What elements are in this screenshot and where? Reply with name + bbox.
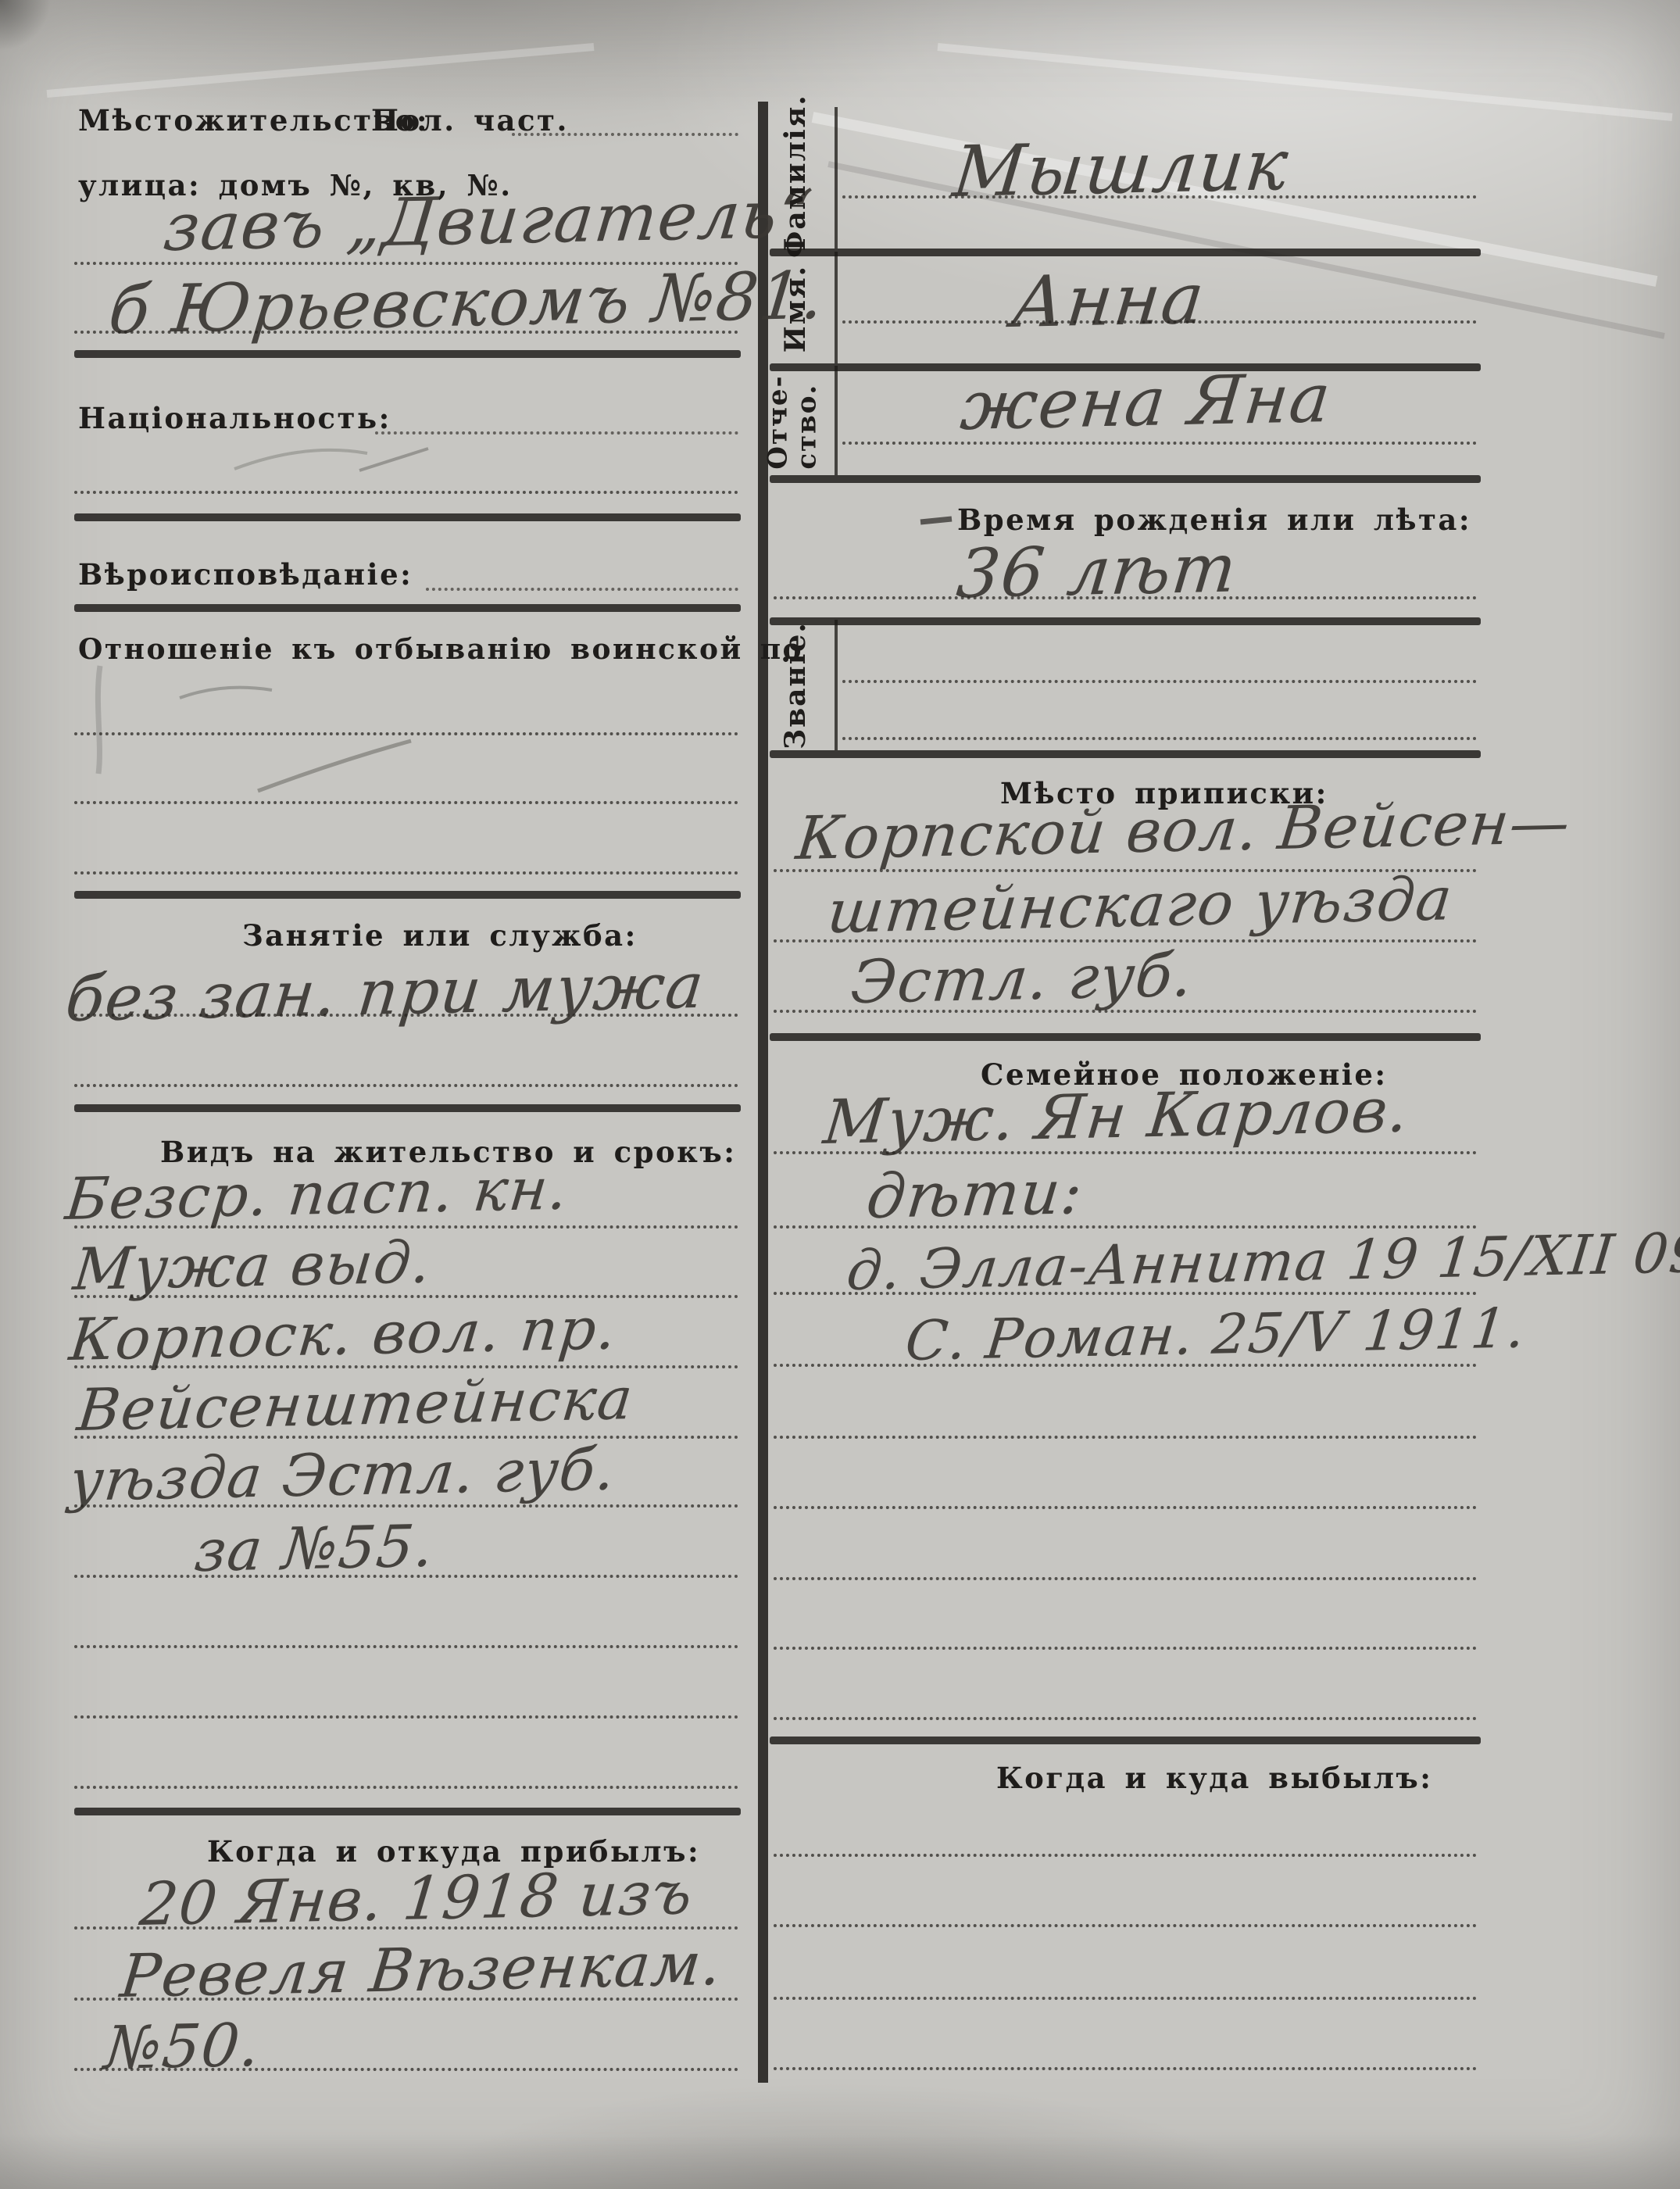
pencil-stroke: [180, 688, 272, 698]
section-divider-line: [770, 750, 1481, 758]
nationality-label: Національность:: [78, 401, 391, 435]
ruled-line: [74, 1998, 738, 2001]
section-divider-line: [770, 249, 1481, 256]
permit-handwriting-3: Корпоск. вол. пр.: [66, 1295, 620, 1374]
permit-handwriting-5: уѣзда Эстл. губ.: [66, 1436, 619, 1515]
ruled-line: [774, 1151, 1477, 1154]
section-divider-line: [74, 1104, 741, 1112]
ruled-line: [74, 801, 738, 804]
label-strip-line: [835, 620, 838, 750]
surname-handwriting: Мышлик: [949, 124, 1292, 213]
ruled-line: [74, 331, 738, 334]
ruled-line: [74, 871, 738, 875]
name-label: Имя.: [779, 265, 812, 352]
ruled-line: [74, 1786, 738, 1789]
ruled-line: [74, 1084, 738, 1087]
rank-label: Званіе.: [779, 621, 812, 749]
birth-handwriting: 36 лѣт: [953, 529, 1241, 613]
ruled-line: [774, 596, 1477, 599]
ruled-line: [74, 1926, 738, 1930]
label-strip-line: [835, 252, 838, 363]
section-divider-line: [770, 475, 1481, 483]
ruled-line: [774, 1292, 1477, 1295]
ruled-line: [74, 1295, 738, 1298]
label-strip-line: [835, 366, 838, 475]
ruled-line: [774, 1647, 1477, 1650]
ruled-line: [74, 1225, 738, 1229]
ruled-line: [774, 2067, 1477, 2070]
ruled-line: [774, 1717, 1477, 1720]
section-divider-line: [74, 350, 741, 358]
patronymic-handwriting: жена Яна: [957, 359, 1335, 445]
military-service-label: Отношеніе къ отбыванію воинской по: [78, 633, 803, 666]
dotted-filler: [426, 588, 738, 591]
registration-handwriting-1: Корпской вол. Вейсен—: [793, 787, 1574, 873]
section-divider-line: [770, 1033, 1481, 1041]
family-handwriting-2: дѣти:: [863, 1157, 1086, 1232]
ruled-line: [774, 1854, 1477, 1857]
permit-handwriting-4: Вейсенштейнска: [74, 1365, 637, 1444]
arrival-handwriting-3: №50.: [102, 2010, 264, 2083]
dotted-filler: [512, 133, 738, 136]
section-divider-line: [770, 1737, 1481, 1744]
pencil-stroke: [359, 449, 428, 470]
ruled-line: [74, 491, 738, 494]
pencil-stroke: [258, 741, 411, 791]
ruled-line: [774, 1364, 1477, 1367]
ruled-line: [774, 1010, 1477, 1013]
section-divider-line: [74, 604, 741, 612]
section-divider-line: [74, 891, 741, 899]
patronymic-label-line2: ство.: [792, 374, 821, 469]
patronymic-label-line1: Отче-: [763, 374, 792, 469]
registration-handwriting-3: Эстл. губ.: [848, 940, 1196, 1017]
label-strip-line: [835, 107, 838, 249]
ruled-line: [74, 1715, 738, 1719]
occupation-label: Занятіе или служба:: [242, 918, 638, 953]
ruled-line: [74, 1365, 738, 1368]
ruled-line: [74, 1436, 738, 1439]
section-divider-line: [770, 617, 1481, 625]
religion-label: Вѣроисповѣданіе:: [78, 557, 413, 592]
family-handwriting-3: д. Элла-Аннита 19 15/XII 09: [844, 1221, 1680, 1303]
registration-handwriting-2: штейнскаго уѣзда: [824, 864, 1457, 946]
ruled-line: [74, 1645, 738, 1648]
departure-label: Когда и куда выбылъ:: [996, 1761, 1432, 1795]
ruled-line: [74, 1575, 738, 1578]
permit-handwriting-1: Безср. пасп. кн.: [63, 1155, 571, 1233]
section-divider-line: [74, 513, 741, 521]
occupation-handwriting: без зан. при мужа: [63, 950, 708, 1035]
ruled-line: [774, 1577, 1477, 1580]
registration-card-page: Мѣстожительство: Пол. част. улица: домъ …: [0, 0, 1680, 2189]
ruled-line: [774, 1924, 1477, 1927]
ruled-line: [842, 680, 1477, 683]
ruled-line: [74, 1504, 738, 1508]
section-divider-line: [74, 1808, 741, 1815]
residence-handwriting-1: завъ „Двигатель“: [160, 175, 817, 266]
ruled-line: [774, 1997, 1477, 2000]
ruled-line: [842, 195, 1477, 199]
ruled-line: [774, 1436, 1477, 1439]
name-handwriting: Анна: [1008, 258, 1209, 344]
patronymic-label: Отче- ство.: [763, 374, 820, 469]
ruled-line: [774, 1506, 1477, 1509]
ruled-line: [74, 1014, 738, 1017]
family-handwriting-1: Муж. Ян Карлов.: [820, 1075, 1413, 1158]
dotted-filler: [375, 431, 738, 435]
pencil-stroke: [234, 450, 367, 469]
family-handwriting-4: С. Роман. 25/V 1911.: [903, 1296, 1529, 1373]
ruled-line: [74, 2068, 738, 2071]
residence-handwriting-2: б Юрьевскомъ №81.: [105, 257, 828, 349]
ruled-line: [842, 320, 1477, 324]
ruled-line: [842, 737, 1477, 740]
ink-dash-mark: [920, 519, 952, 522]
surname-label: Фамилія.: [779, 94, 812, 258]
permit-handwriting-2: Мужа выд.: [70, 1229, 434, 1304]
ruled-line: [842, 442, 1477, 445]
ruled-line: [74, 732, 738, 735]
pencil-smudge: [98, 666, 100, 774]
